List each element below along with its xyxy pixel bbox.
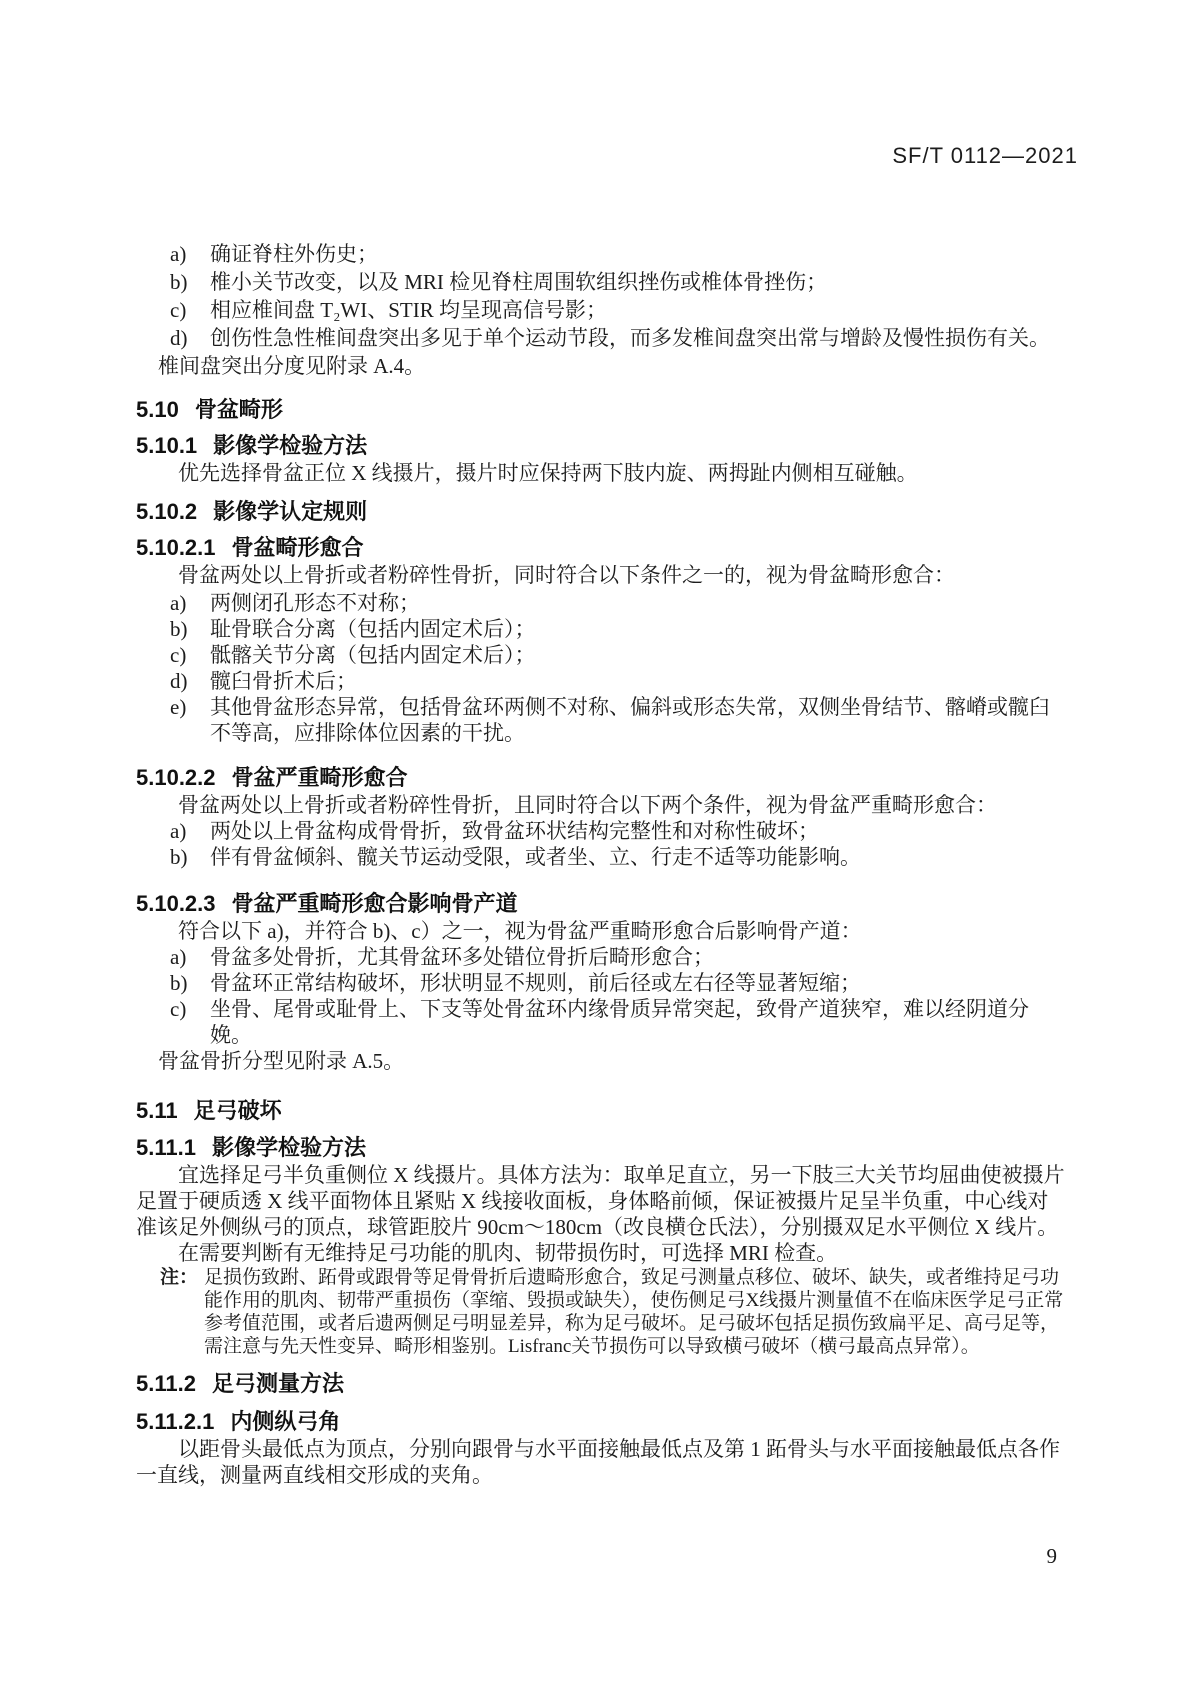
- list-item: c) 坐骨、尾骨或耻骨上、下支等处骨盆环内缘骨质异常突起，致骨产道狭窄，难以经阴…: [136, 996, 1068, 1048]
- section-number: 5.10.1: [136, 432, 197, 460]
- list-item-label: a): [170, 590, 210, 616]
- list-item: b) 椎小关节改变，以及 MRI 检见脊柱周围软组织挫伤或椎体骨挫伤；: [136, 268, 1068, 296]
- list-item: c) 骶髂关节分离（包括内固定术后）；: [136, 642, 1068, 668]
- list-item-label: b): [170, 268, 210, 296]
- section-number: 5.11.2: [136, 1370, 196, 1398]
- list-item: b) 伴有骨盆倾斜、髋关节运动受限，或者坐、立、行走不适等功能影响。: [136, 844, 1068, 870]
- section-title: 足弓破坏: [194, 1098, 282, 1123]
- note-text: 足损伤致跗、跖骨或跟骨等足骨骨折后遗畸形愈合，致足弓测量点移位、破坏、缺失，或者…: [204, 1266, 1076, 1358]
- body-paragraph: 符合以下 a)，并符合 b)、c）之一，视为骨盆严重畸形愈合后影响骨产道：: [136, 918, 1068, 944]
- section-number: 5.10.2.1: [136, 534, 216, 562]
- list-item-text: 创伤性急性椎间盘突出多见于单个运动节段，而多发椎间盘突出常与增龄及慢性损伤有关。: [210, 324, 1068, 352]
- section-title: 骨盆严重畸形愈合: [232, 765, 408, 790]
- list-item: b) 耻骨联合分离（包括内固定术后）；: [136, 616, 1068, 642]
- body-paragraph: 宜选择足弓半负重侧位 X 线摄片。具体方法为：取单足直立，另一下肢三大关节均屈曲…: [136, 1162, 1068, 1240]
- section-title: 足弓测量方法: [212, 1371, 344, 1396]
- document-page: SF/T 0112—2021 a) 确证脊柱外伤史； b) 椎小关节改变，以及 …: [0, 0, 1190, 1683]
- list-item-label: a): [170, 240, 210, 268]
- appendix-reference: 骨盆骨折分型见附录 A.5。: [158, 1048, 1068, 1074]
- list-item: a) 骨盆多处骨折，尤其骨盆环多处错位骨折后畸形愈合；: [136, 944, 1068, 970]
- list-item-text: 骨盆环正常结构破坏，形状明显不规则，前后径或左右径等显著短缩；: [210, 970, 1068, 996]
- section-title: 影像学认定规则: [213, 499, 367, 524]
- note-block: 注： 足损伤致跗、跖骨或跟骨等足骨骨折后遗畸形愈合，致足弓测量点移位、破坏、缺失…: [160, 1266, 1076, 1358]
- section-title: 骨盆畸形愈合: [232, 535, 364, 560]
- section-heading-5-10-1: 5.10.1影像学检验方法: [136, 432, 1068, 460]
- section-title: 影像学检验方法: [212, 1135, 366, 1160]
- section-heading-5-11-2: 5.11.2足弓测量方法: [136, 1370, 1068, 1398]
- list-item-text: 骨盆多处骨折，尤其骨盆环多处错位骨折后畸形愈合；: [210, 944, 1068, 970]
- page-number: 9: [1047, 1544, 1058, 1569]
- list-item-label: c): [170, 642, 210, 668]
- clause-list-birth-canal: a) 骨盆多处骨折，尤其骨盆环多处错位骨折后畸形愈合； b) 骨盆环正常结构破坏…: [136, 944, 1068, 1048]
- section-heading-5-10-2-3: 5.10.2.3骨盆严重畸形愈合影响骨产道: [136, 890, 1068, 918]
- section-heading-5-10-2: 5.10.2影像学认定规则: [136, 498, 1068, 526]
- section-number: 5.10.2: [136, 498, 197, 526]
- body-paragraph: 优先选择骨盆正位 X 线摄片，摄片时应保持两下肢内旋、两拇趾内侧相互碰触。: [136, 460, 1068, 486]
- list-item-text: 坐骨、尾骨或耻骨上、下支等处骨盆环内缘骨质异常突起，致骨产道狭窄，难以经阴道分娩…: [210, 996, 1068, 1048]
- clause-list-pelvis-deformity: a) 两侧闭孔形态不对称； b) 耻骨联合分离（包括内固定术后）； c) 骶髂关…: [136, 590, 1068, 746]
- list-item: a) 两处以上骨盆构成骨骨折，致骨盆环状结构完整性和对称性破坏；: [136, 818, 1068, 844]
- list-item-label: c): [170, 296, 210, 324]
- list-item-label: c): [170, 996, 210, 1048]
- section-number: 5.11: [136, 1097, 178, 1125]
- list-item-text: 两处以上骨盆构成骨骨折，致骨盆环状结构完整性和对称性破坏；: [210, 818, 1068, 844]
- list-item-label: d): [170, 668, 210, 694]
- list-item: e) 其他骨盆形态异常，包括骨盆环两侧不对称、偏斜或形态失常，双侧坐骨结节、髂嵴…: [136, 694, 1068, 746]
- section-number: 5.10: [136, 396, 179, 424]
- list-item: c) 相应椎间盘 T₂WI、STIR 均呈现高信号影；: [136, 296, 1068, 324]
- clause-list-severe-deformity: a) 两处以上骨盆构成骨骨折，致骨盆环状结构完整性和对称性破坏； b) 伴有骨盆…: [136, 818, 1068, 870]
- list-item-text: 耻骨联合分离（包括内固定术后）；: [210, 616, 1068, 642]
- list-item-text: 确证脊柱外伤史；: [210, 240, 1068, 268]
- document-content: a) 确证脊柱外伤史； b) 椎小关节改变，以及 MRI 检见脊柱周围软组织挫伤…: [136, 0, 1068, 1488]
- list-item: d) 创伤性急性椎间盘突出多见于单个运动节段，而多发椎间盘突出常与增龄及慢性损伤…: [136, 324, 1068, 352]
- list-item: d) 髋臼骨折术后；: [136, 668, 1068, 694]
- list-item-label: a): [170, 944, 210, 970]
- body-paragraph: 骨盆两处以上骨折或者粉碎性骨折，且同时符合以下两个条件，视为骨盆严重畸形愈合：: [136, 792, 1068, 818]
- section-number: 5.11.2.1: [136, 1408, 214, 1436]
- list-item-label: b): [170, 844, 210, 870]
- section-heading-5-10-2-1: 5.10.2.1骨盆畸形愈合: [136, 534, 1068, 562]
- section-title: 骨盆畸形: [195, 397, 283, 422]
- list-item-label: d): [170, 324, 210, 352]
- section-number: 5.11.1: [136, 1134, 196, 1162]
- list-item: a) 两侧闭孔形态不对称；: [136, 590, 1068, 616]
- list-item-text: 椎小关节改变，以及 MRI 检见脊柱周围软组织挫伤或椎体骨挫伤；: [210, 268, 1068, 296]
- section-title: 骨盆严重畸形愈合影响骨产道: [232, 891, 518, 916]
- section-title: 影像学检验方法: [213, 433, 367, 458]
- list-item: a) 确证脊柱外伤史；: [136, 240, 1068, 268]
- list-item-text: 两侧闭孔形态不对称；: [210, 590, 1068, 616]
- note-label: 注：: [160, 1266, 204, 1358]
- list-item-text: 其他骨盆形态异常，包括骨盆环两侧不对称、偏斜或形态失常，双侧坐骨结节、髂嵴或髋臼…: [210, 694, 1068, 746]
- list-item-text: 伴有骨盆倾斜、髋关节运动受限，或者坐、立、行走不适等功能影响。: [210, 844, 1068, 870]
- section-heading-5-11: 5.11足弓破坏: [136, 1097, 1068, 1125]
- list-item-label: e): [170, 694, 210, 746]
- list-item: b) 骨盆环正常结构破坏，形状明显不规则，前后径或左右径等显著短缩；: [136, 970, 1068, 996]
- list-item-label: b): [170, 616, 210, 642]
- list-item-label: a): [170, 818, 210, 844]
- section-title: 内侧纵弓角: [230, 1409, 340, 1434]
- section-number: 5.10.2.2: [136, 764, 216, 792]
- body-paragraph: 骨盆两处以上骨折或者粉碎性骨折，同时符合以下条件之一的，视为骨盆畸形愈合：: [136, 562, 1068, 588]
- section-heading-5-11-2-1: 5.11.2.1内侧纵弓角: [136, 1408, 1068, 1436]
- section-heading-5-10-2-2: 5.10.2.2骨盆严重畸形愈合: [136, 764, 1068, 792]
- section-number: 5.10.2.3: [136, 890, 216, 918]
- body-paragraph: 以距骨头最低点为顶点，分别向跟骨与水平面接触最低点及第 1 跖骨头与水平面接触最…: [136, 1436, 1068, 1488]
- list-item-text: 骶髂关节分离（包括内固定术后）；: [210, 642, 1068, 668]
- section-heading-5-10: 5.10骨盆畸形: [136, 396, 1068, 424]
- clause-list-spine: a) 确证脊柱外伤史； b) 椎小关节改变，以及 MRI 检见脊柱周围软组织挫伤…: [136, 240, 1068, 352]
- body-paragraph: 在需要判断有无维持足弓功能的肌肉、韧带损伤时，可选择 MRI 检查。: [136, 1240, 1068, 1266]
- list-item-label: b): [170, 970, 210, 996]
- list-item-text: 相应椎间盘 T₂WI、STIR 均呈现高信号影；: [210, 296, 1068, 324]
- appendix-reference: 椎间盘突出分度见附录 A.4。: [158, 352, 1068, 380]
- section-heading-5-11-1: 5.11.1影像学检验方法: [136, 1134, 1068, 1162]
- list-item-text: 髋臼骨折术后；: [210, 668, 1068, 694]
